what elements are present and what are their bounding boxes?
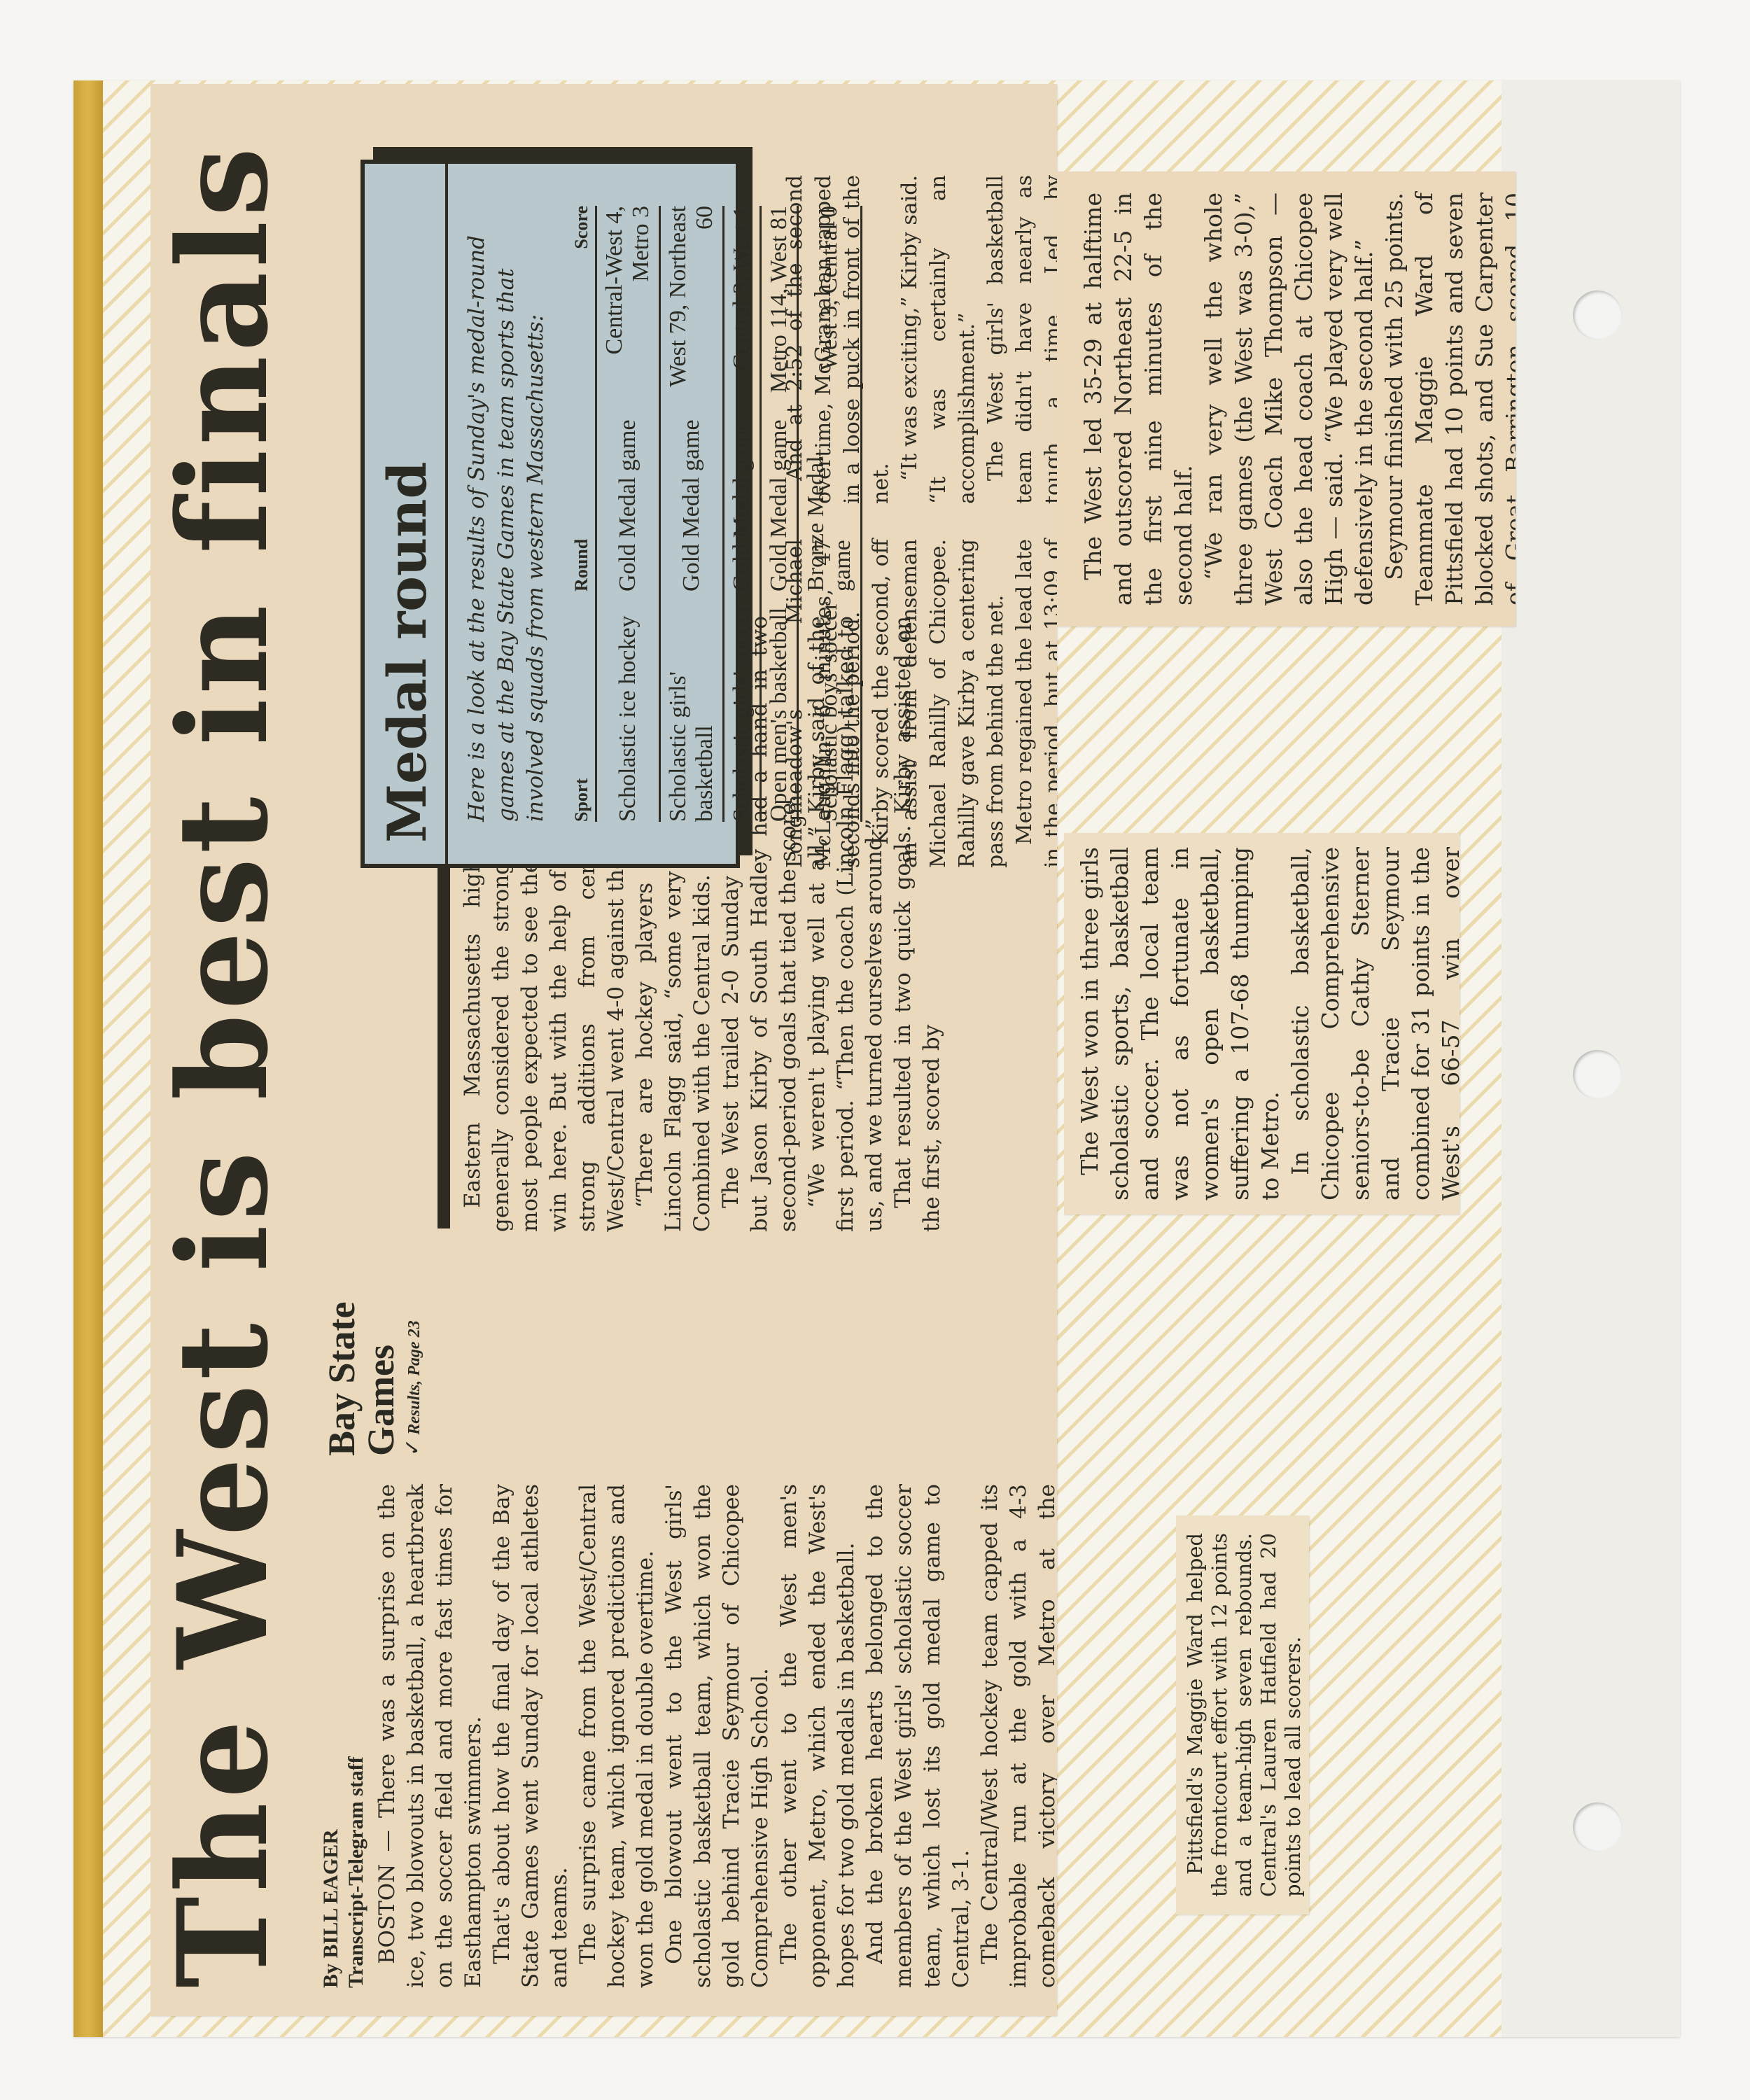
paragraph: “We ran very well the whole three games … — [1198, 192, 1379, 605]
column-rule — [437, 808, 450, 1228]
headline: The West is best in finals — [150, 143, 295, 1988]
paragraph: The Central/West hockey team capped its … — [976, 1484, 1057, 1988]
paragraph: The other went to the West men's opponen… — [775, 1484, 861, 1988]
table-row: Scholastic ice hockeyGold Medal gameCent… — [596, 206, 660, 822]
clipping-text: Pittsfield's Maggie Ward helped the fron… — [1183, 1533, 1305, 1897]
cell-sport: Scholastic girls' basketball — [660, 591, 724, 822]
cell-sport: Scholastic girls' soccer — [724, 591, 761, 822]
paragraph: One blowout went to the West girls' scho… — [660, 1484, 775, 1988]
binder-hole-icon — [1573, 1050, 1622, 1099]
byline: By BILL EAGER — [318, 1484, 344, 1988]
paragraph: Pittsfield's Maggie Ward helped the fron… — [1183, 1533, 1305, 1897]
column-header-sport: Sport — [568, 591, 596, 822]
paragraph: BOSTON — There was a surprise on the ice… — [373, 1484, 488, 1988]
article-column-4: And at 2:52 of the second overtime, McGr… — [780, 175, 1057, 504]
cell-round: Gold Medal game — [660, 416, 724, 591]
paragraph: Metro regained the lead late in the peri… — [1010, 539, 1057, 868]
medal-round-title: Medal round — [365, 164, 448, 864]
paragraph: Longmeadow's Michael McLaughlin 6 minute… — [780, 539, 867, 868]
results-reference: ✓ Results, Page 23 — [400, 1246, 425, 1456]
column-header-score: Score — [568, 206, 596, 416]
clipping-text: The West won in three girls scholastic s… — [1074, 847, 1459, 1200]
paragraph: “It was exciting,” Kirby said. “It was c… — [895, 175, 981, 504]
paragraph: The West girls' basketball team didn't h… — [981, 175, 1057, 504]
paragraph: That's about how the final day of the Ba… — [488, 1484, 574, 1988]
byline-staff: Transcript-Telegram staff — [344, 1484, 369, 1988]
article-column-1: By BILL EAGER Transcript-Telegram staff … — [318, 1484, 1057, 1988]
cell-round: Gold Medal game — [596, 416, 660, 591]
table-row: Scholastic girls' soccerGold Medal gameC… — [724, 206, 761, 822]
paragraph: Kirby scored the second, off an assist f… — [867, 539, 1010, 868]
cell-sport: Scholastic ice hockey — [596, 591, 660, 822]
paragraph: The surprise came from the West/Central … — [574, 1484, 660, 1988]
paragraph: The West led 35-29 at halftime and outsc… — [1078, 192, 1198, 605]
cell-score: Central-West 4, Metro 3 — [596, 206, 660, 416]
cell-round: Gold Medal game — [724, 416, 761, 591]
medal-round-table-box: Medal round Here is a look at the result… — [360, 160, 740, 868]
checkmark-icon: ✓ — [400, 1438, 425, 1456]
column-header-round: Round — [568, 416, 596, 591]
clipping-bottom: Pittsfield's Maggie Ward helped the fron… — [1176, 1515, 1309, 1914]
gold-edge-strip — [73, 80, 103, 2037]
kicker: Bay State Games — [322, 1246, 400, 1456]
binder-hole-icon — [1573, 1802, 1622, 1851]
paragraph: And the broken hearts belonged to the me… — [861, 1484, 976, 1988]
clipping-text: The West led 35-29 at halftime and outsc… — [1078, 192, 1515, 605]
cell-score: Central 3, West 1 — [724, 206, 761, 416]
paragraph: Seymour finished with 25 points. Teammat… — [1379, 192, 1515, 605]
table-row: Scholastic girls' basketballGold Medal g… — [660, 206, 724, 822]
paragraph: In scholastic basketball, Chicopee Compr… — [1285, 847, 1459, 1200]
article-column-3: Longmeadow's Michael McLaughlin 6 minute… — [780, 539, 1057, 868]
clipping-middle: The West won in three girls scholastic s… — [1064, 833, 1459, 1214]
cell-score: West 79, Northeast 60 — [660, 206, 724, 416]
medal-round-intro: Here is a look at the results of Sunday'… — [448, 164, 557, 864]
kicker-block: Bay State Games ✓ Results, Page 23 — [322, 1246, 425, 1456]
paragraph: The West won in three girls scholastic s… — [1074, 847, 1285, 1200]
binder-hole-icon — [1573, 290, 1622, 339]
clipping-top-right: The West led 35-29 at halftime and outsc… — [1057, 171, 1515, 626]
main-article-clipping: The West is best in finals By BILL EAGER… — [150, 84, 1057, 2016]
paragraph: And at 2:52 of the second overtime, McGr… — [780, 175, 895, 504]
